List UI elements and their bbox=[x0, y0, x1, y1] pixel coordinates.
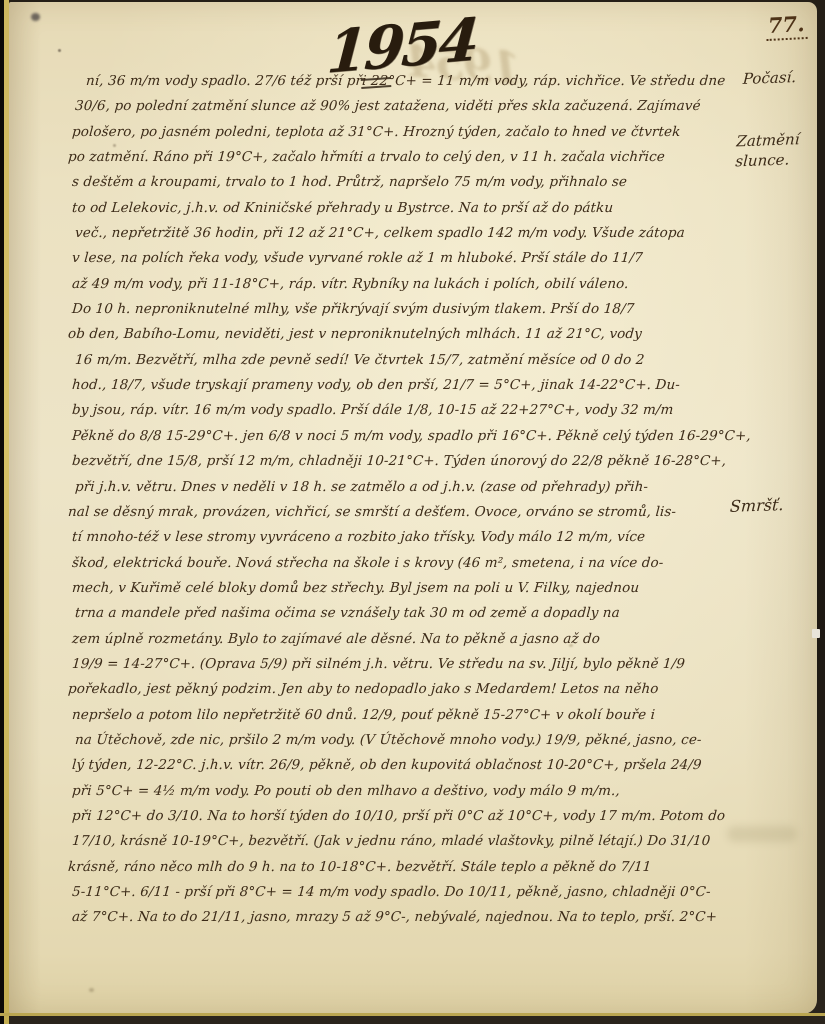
dust-speck bbox=[113, 144, 116, 147]
handwritten-line: več., nepřetržitě 36 hodin, při 12 až 21… bbox=[74, 221, 733, 246]
handwritten-line: při 5°C+ = 4½ m/m vody. Po pouti ob den … bbox=[71, 779, 733, 804]
handwritten-line: by jsou, ráp. vítr. 16 m/m vody spadlo. … bbox=[71, 398, 733, 423]
ink-bleed-smudge bbox=[727, 826, 797, 842]
handwritten-line: Pěkně do 8/8 15-29°C+. jen 6/8 v noci 5 … bbox=[71, 424, 733, 449]
handwritten-line: ní, 36 m/m vody spadlo. 27/6 též prší př… bbox=[85, 69, 733, 94]
handwritten-line: pološero, po jasném poledni, teplota až … bbox=[71, 120, 733, 145]
handwritten-text-block: ní, 36 m/m vody spadlo. 27/6 též prší př… bbox=[72, 69, 732, 931]
dust-speck bbox=[58, 49, 61, 52]
handwritten-line: při 12°C+ do 3/10. Na to horší týden do … bbox=[71, 804, 733, 829]
handwritten-line: 30/6, po polední zatmění slunce až 90% j… bbox=[74, 94, 733, 119]
margin-note-pocasi: Počasí. bbox=[742, 67, 796, 89]
scan-edge-notch bbox=[812, 629, 820, 638]
handwritten-line: pořekadlo, jest pěkný podzim. Jen aby to… bbox=[67, 677, 733, 702]
handwritten-line: hod., 18/7, všude tryskají prameny vody,… bbox=[71, 373, 733, 398]
handwritten-line: trna a mandele před našima očima se vzná… bbox=[74, 601, 733, 626]
handwritten-line: 16 m/m. Bezvětří, mlha zde pevně sedí! V… bbox=[74, 348, 733, 373]
handwritten-line: bezvětří, dne 15/8, prší 12 m/m, chladně… bbox=[71, 449, 733, 474]
handwritten-line: až 7°C+. Na to do 21/11, jasno, mrazy 5 … bbox=[71, 905, 733, 930]
handwritten-line: škod, elektrická bouře. Nová střecha na … bbox=[71, 551, 733, 576]
diary-page: 77. 1954 1954 ní, 36 m/m vody spadlo. 27… bbox=[9, 2, 817, 1014]
handwritten-line: krásně, ráno něco mlh do 9 h. na to 10-1… bbox=[67, 855, 733, 880]
handwritten-line: to od Lelekovic, j.h.v. od Kniničské pře… bbox=[71, 196, 733, 221]
dust-speck bbox=[89, 988, 94, 992]
handwritten-line: na Útěchově, zde nic, pršilo 2 m/m vody.… bbox=[74, 728, 733, 753]
handwritten-line: 5-11°C+. 6/11 - prší při 8°C+ = 14 m/m v… bbox=[71, 880, 733, 905]
page-number: 77. bbox=[765, 11, 807, 41]
page-bottom-gilt-line bbox=[0, 1013, 825, 1016]
handwritten-line: nal se děsný mrak, provázen, vichřicí, s… bbox=[67, 500, 733, 525]
handwritten-line: v lese, na polích řeka vody, všude vyrva… bbox=[71, 246, 733, 271]
margin-note-smrst: Smršť. bbox=[729, 495, 784, 517]
handwritten-line: lý týden, 12-22°C. j.h.v. vítr. 26/9, pě… bbox=[71, 753, 733, 778]
handwritten-line: ob den, Babího-Lomu, neviděti, jest v ne… bbox=[67, 322, 733, 347]
handwritten-line: zem úplně rozmetány. Bylo to zajímavé al… bbox=[71, 627, 733, 652]
handwritten-line: Do 10 h. neproniknutelné mlhy, vše přikr… bbox=[71, 297, 733, 322]
handwritten-line: 17/10, krásně 10-19°C+, bezvětří. (Jak v… bbox=[71, 829, 733, 854]
handwritten-line: při j.h.v. větru. Dnes v neděli v 18 h. … bbox=[74, 475, 733, 500]
handwritten-line: tí mnoho-též v lese stromy vyvráceno a r… bbox=[71, 525, 733, 550]
scanned-diary-photo: 77. 1954 1954 ní, 36 m/m vody spadlo. 27… bbox=[0, 0, 825, 1024]
handwritten-line: po zatmění. Ráno při 19°C+, začalo hřmít… bbox=[67, 145, 733, 170]
dust-speck bbox=[31, 13, 40, 21]
handwritten-line: nepršelo a potom lilo nepřetržitě 60 dnů… bbox=[71, 703, 733, 728]
margin-note-zatmeni-slunce: Zatmění slunce. bbox=[735, 129, 815, 172]
handwritten-line: s deštěm a kroupami, trvalo to 1 hod. Pr… bbox=[71, 170, 733, 195]
handwritten-line: 19/9 = 14-27°C+. (Oprava 5/9) při silném… bbox=[71, 652, 733, 677]
dust-speck bbox=[569, 644, 573, 647]
handwritten-line: mech, v Kuřimě celé bloky domů bez střec… bbox=[71, 576, 733, 601]
handwritten-line: až 49 m/m vody, při 11-18°C+, ráp. vítr.… bbox=[71, 272, 733, 297]
